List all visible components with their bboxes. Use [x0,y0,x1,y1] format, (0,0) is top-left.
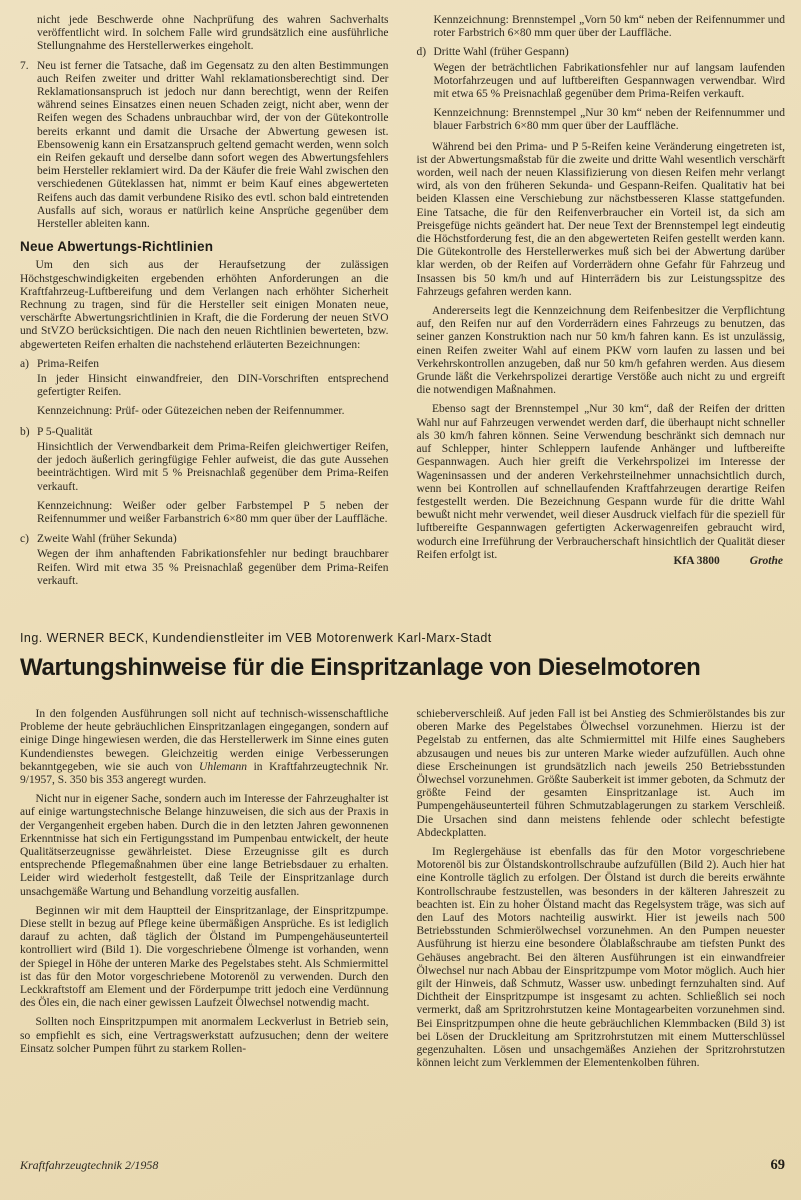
top-left-column: nicht jede Beschwerde ohne Nachprüfung d… [20,14,389,595]
item-label: c) [20,533,29,546]
item-title: Zweite Wahl (früher Sekunda) [37,533,389,546]
paragraph: Andererseits legt die Kennzeichnung dem … [417,305,786,397]
paragraph-continuation: schieberverschleiß. Auf jeden Fall ist b… [417,708,786,840]
item-title: Prima-Reifen [37,358,389,371]
bottom-right-column: schieberverschleiß. Auf jeden Fall ist b… [417,708,786,1070]
magazine-page: nicht jede Beschwerde ohne Nachprüfung d… [0,0,801,1200]
cited-author-name: Uhlemann [199,761,247,773]
paragraph: In jeder Hinsicht einwandfreier, den DIN… [37,373,389,399]
paragraph-continuation: nicht jede Beschwerde ohne Nachprüfung d… [20,14,389,54]
page-footer: Kraftfahrzeugtechnik 2/1958 69 [20,1157,785,1174]
paragraph: In den folgenden Ausführungen soll nicht… [20,708,389,787]
main-article-body: In den folgenden Ausführungen soll nicht… [20,708,785,1070]
paragraph: Kennzeichnung: Prüf- oder Gütezeichen ne… [37,405,389,418]
item-number: 7. [20,60,29,73]
paragraph: Wegen der ihm anhaftenden Fabrikationsfe… [37,548,389,588]
list-item-c: c) Zweite Wahl (früher Sekunda) Wegen de… [20,533,389,588]
list-item-b: b) P 5-Qualität Hinsichtlich der Verwend… [20,426,389,526]
list-item-a: a) Prima-Reifen In jeder Hinsicht einwan… [20,358,389,419]
paragraph: Ebenso sagt der Brennstempel „Nur 30 km“… [417,403,786,561]
bottom-left-column: In den folgenden Ausführungen soll nicht… [20,708,389,1070]
item-title: Dritte Wahl (früher Gespann) [434,46,786,59]
article-title: Wartungshinweise für die Einspritzanlage… [20,654,785,682]
paragraph: Hinsichtlich der Verwendbarkeit dem Prim… [37,441,389,494]
paragraph: Während bei den Prima- und P 5-Reifen ke… [417,141,786,299]
paragraph: Sollten noch Einspritzpumpen mit anormal… [20,1016,389,1056]
paragraph: Um den sich aus der Heraufsetzung der zu… [20,259,389,351]
paragraph: Neu ist ferner die Tatsache, daß im Gege… [37,60,389,232]
item-label: a) [20,358,29,371]
list-item-d: d) Dritte Wahl (früher Gespann) Wegen de… [417,46,786,133]
paragraph: Nicht nur in eigener Sache, sondern auch… [20,793,389,899]
item-label: d) [417,46,427,59]
paragraph: Kennzeichnung: Weißer oder gelber Farbst… [37,500,389,526]
top-article: nicht jede Beschwerde ohne Nachprüfung d… [20,14,785,595]
journal-name: Kraftfahrzeugtechnik 2/1958 [20,1158,158,1173]
author-line: Ing. WERNER BECK, Kundendienstleiter im … [20,631,785,645]
author-signature: Grothe [750,555,783,568]
article-reference-code: KfA 3800 [673,555,719,568]
item-title: P 5-Qualität [37,426,389,439]
paragraph: Kennzeichnung: Brennstempel „Nur 30 km“ … [434,107,786,133]
section-heading: Neue Abwertungs-Richtlinien [20,240,389,253]
paragraph: Wegen der beträchtlichen Fabrikationsfeh… [434,62,786,102]
item-label: b) [20,426,30,439]
paragraph: Beginnen wir mit dem Hauptteil der Einsp… [20,905,389,1011]
top-right-column: Kennzeichnung: Brennstempel „Vorn 50 km“… [417,14,786,595]
paragraph: Im Reglergehäuse ist ebenfalls das für d… [417,846,786,1070]
paragraph-continuation: Kennzeichnung: Brennstempel „Vorn 50 km“… [417,14,786,40]
page-number: 69 [771,1157,786,1174]
numbered-item-7: 7. Neu ist ferner die Tatsache, daß im G… [20,60,389,232]
